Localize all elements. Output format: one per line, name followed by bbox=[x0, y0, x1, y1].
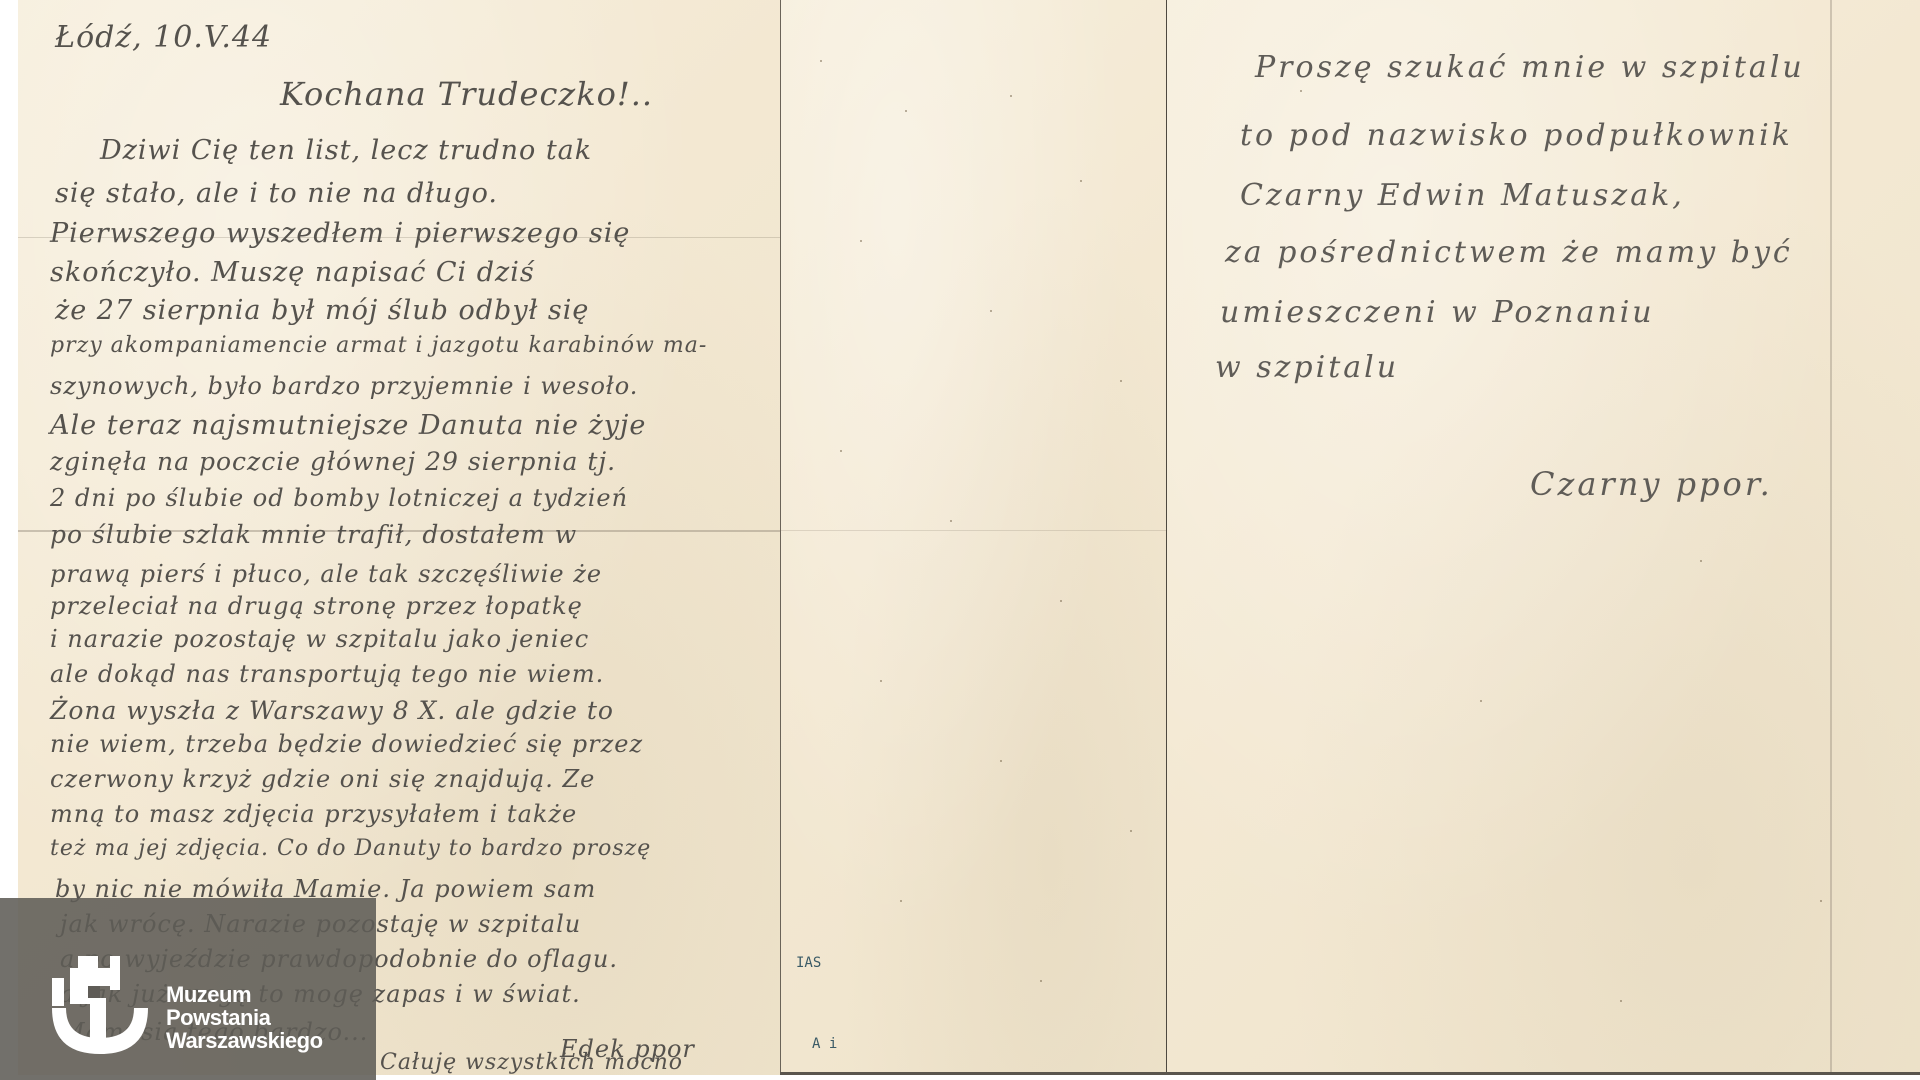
letter-line: czerwony krzyż gdzie oni się znajdują. Z… bbox=[50, 765, 595, 793]
museum-watermark: Muzeum Powstania Warszawskiego bbox=[0, 898, 376, 1080]
letter-line: umieszczeni w Poznaniu bbox=[1220, 295, 1655, 330]
letter-page-blank-middle bbox=[780, 0, 1166, 1075]
letter-line: nie wiem, trzeba będzie dowiedzieć się p… bbox=[50, 730, 643, 758]
paper-crease-middle bbox=[780, 530, 1166, 531]
letter-line: i narazie pozostaję w szpitalu jako jeni… bbox=[50, 625, 589, 653]
letter-line: 2 dni po ślubie od bomby lotniczej a tyd… bbox=[50, 484, 628, 512]
paper-fold-vertical bbox=[1830, 0, 1832, 1075]
museum-name: Muzeum Powstania Warszawskiego bbox=[166, 983, 323, 1052]
letter-line: też ma jej zdjęcia. Co do Danuty to bard… bbox=[50, 836, 651, 861]
letter-line: się stało, ale i to nie na długo. bbox=[55, 178, 498, 209]
letter-line: skończyło. Muszę napisać Ci dziś bbox=[50, 257, 535, 288]
letter-line: po ślubie szlak mnie trafił, dostałem w bbox=[50, 520, 577, 549]
margin-mark: A i bbox=[812, 1036, 837, 1052]
letter-line: Pierwszego wyszedłem i pierwszego się bbox=[50, 218, 630, 249]
letter-line: szynowych, było bardzo przyjemnie i weso… bbox=[50, 372, 638, 400]
museum-name-line: Muzeum bbox=[166, 983, 323, 1006]
letter-line: przy akompaniamencie armat i jazgotu kar… bbox=[50, 333, 707, 358]
letter-line: prawą pierś i płuco, ale tak szczęśliwie… bbox=[50, 560, 602, 588]
letter-line: Żona wyszła z Warszawy 8 X. ale gdzie to bbox=[50, 696, 614, 725]
sheet-bottom-edge bbox=[780, 1072, 1920, 1075]
letter-date: Łódź, 10.V.44 bbox=[55, 20, 272, 55]
letter-salutation: Kochana Trudeczko!.. bbox=[280, 75, 653, 113]
letter-line: ale dokąd nas transportują tego nie wiem… bbox=[50, 660, 604, 688]
museum-name-line: Warszawskiego bbox=[166, 1029, 323, 1052]
letter-line: Dziwi Cię ten list, lecz trudno tak bbox=[100, 135, 592, 166]
letter-signature-right: Czarny ppor. bbox=[1530, 465, 1773, 503]
letter-line: przeleciał na drugą stronę przez łopatkę bbox=[50, 592, 583, 620]
letter-line: zginęła na poczcie głównej 29 sierpnia t… bbox=[50, 447, 616, 476]
letter-line: mną to masz zdjęcia przysyłałem i także bbox=[50, 800, 577, 828]
letter-signature-left: Edek ppor bbox=[560, 1035, 695, 1063]
anchor-pw-logo-icon bbox=[48, 950, 152, 1058]
margin-mark: IAS bbox=[796, 955, 821, 971]
letter-line: Proszę szukać mnie w szpitalu bbox=[1255, 50, 1805, 85]
letter-line: że 27 sierpnia był mój ślub odbył się bbox=[55, 295, 589, 326]
museum-name-line: Powstania bbox=[166, 1006, 323, 1029]
letter-line: za pośrednictwem że mamy być bbox=[1225, 235, 1793, 270]
letter-line: w szpitalu bbox=[1215, 350, 1399, 385]
letter-line: Ale teraz najsmutniejsze Danuta nie żyje bbox=[50, 410, 646, 441]
letter-line: to pod nazwisko podpułkownik bbox=[1240, 118, 1793, 153]
letter-line: Czarny Edwin Matuszak, bbox=[1240, 178, 1685, 213]
letter-page-right bbox=[1166, 0, 1920, 1075]
